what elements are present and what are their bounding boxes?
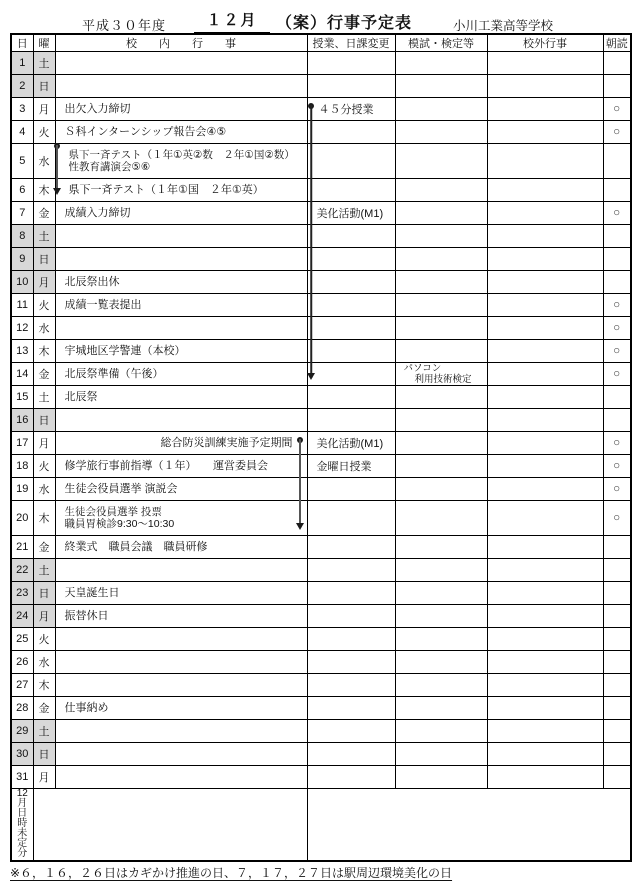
outside-events-cell	[487, 697, 603, 720]
event-text: 出欠入力締切	[65, 103, 307, 116]
events-cell	[55, 52, 307, 75]
weekday-cell: 水	[33, 651, 55, 674]
weekday-cell: 日	[33, 743, 55, 766]
weekday-cell: 金	[33, 536, 55, 559]
morning-reading-cell	[603, 271, 631, 294]
outside-events-cell	[487, 225, 603, 248]
morning-reading-cell	[603, 179, 631, 202]
day-cell: 24	[11, 605, 33, 628]
event-text: 生徒会役員選挙 演説会	[65, 483, 307, 496]
pending-right-cell	[307, 789, 631, 861]
events-cell: 振替休日	[55, 605, 307, 628]
table-row: 14金北辰祭準備（午後）パソコン利用技術検定○	[11, 363, 631, 386]
table-row: 16日	[11, 409, 631, 432]
exams-cell	[395, 75, 487, 98]
day-cell: 12	[11, 317, 33, 340]
event-text: 成績入力締切	[65, 207, 307, 220]
table-row: 6木県下一斉テスト（１年①国 ２年①英）	[11, 179, 631, 202]
header-weekday: 曜	[33, 34, 55, 52]
morning-reading-cell: ○	[603, 340, 631, 363]
disaster-drill-span-arrow	[296, 437, 304, 530]
header-exams: 模試・検定等	[395, 34, 487, 52]
exams-cell	[395, 248, 487, 271]
morning-reading-cell: ○	[603, 317, 631, 340]
class-change-cell: 美化活動(M1)	[307, 432, 395, 455]
exams-cell	[395, 559, 487, 582]
weekday-cell: 水	[33, 478, 55, 501]
exams-cell	[395, 340, 487, 363]
exams-cell: パソコン利用技術検定	[395, 363, 487, 386]
outside-events-cell	[487, 605, 603, 628]
class-change-cell	[307, 501, 395, 536]
events-cell: 北辰祭出休	[55, 271, 307, 294]
table-row: 18火修学旅行事前指導（１年） 運営委員会金曜日授業○	[11, 455, 631, 478]
morning-reading-cell	[603, 409, 631, 432]
morning-reading-cell: ○	[603, 455, 631, 478]
outside-events-cell	[487, 294, 603, 317]
table-row: 22土	[11, 559, 631, 582]
morning-reading-cell	[603, 697, 631, 720]
events-cell	[55, 317, 307, 340]
weekday-cell: 日	[33, 409, 55, 432]
morning-reading-cell: ○	[603, 98, 631, 121]
class-change-cell	[307, 340, 395, 363]
class-change-cell	[307, 743, 395, 766]
arrow-end-head	[53, 188, 61, 195]
day-cell: 23	[11, 582, 33, 605]
events-cell	[55, 559, 307, 582]
event-text: 宇城地区学警連（本校）	[65, 345, 307, 358]
class-change-cell	[307, 605, 395, 628]
morning-reading-cell: ○	[603, 501, 631, 536]
day-cell: 13	[11, 340, 33, 363]
weekday-cell: 火	[33, 455, 55, 478]
outside-events-cell	[487, 340, 603, 363]
outside-events-cell	[487, 455, 603, 478]
class-change-cell	[307, 179, 395, 202]
outside-events-cell	[487, 651, 603, 674]
outside-events-cell	[487, 582, 603, 605]
morning-reading-cell	[603, 720, 631, 743]
weekday-cell: 木	[33, 179, 55, 202]
exams-cell	[395, 674, 487, 697]
table-row: 8土	[11, 225, 631, 248]
table-row: 2日	[11, 75, 631, 98]
month-label: １２月	[194, 9, 270, 35]
events-cell: 成績一覧表提出	[55, 294, 307, 317]
table-row: 15土北辰祭	[11, 386, 631, 409]
exams-cell	[395, 294, 487, 317]
table-row: 12水○	[11, 317, 631, 340]
outside-events-cell	[487, 248, 603, 271]
exams-cell	[395, 501, 487, 536]
morning-reading-cell	[603, 628, 631, 651]
events-cell	[55, 75, 307, 98]
exams-cell	[395, 628, 487, 651]
arrow-stem	[310, 105, 312, 378]
weekday-cell: 月	[33, 432, 55, 455]
class-change-cell	[307, 720, 395, 743]
class-change-cell	[307, 225, 395, 248]
outside-events-cell	[487, 559, 603, 582]
event-text: 天皇誕生日	[65, 587, 307, 600]
table-row: 30日	[11, 743, 631, 766]
fiscal-year-label: 平成３０年度	[82, 15, 166, 34]
day-cell: 20	[11, 501, 33, 536]
event-text: 生徒会役員選挙 投票	[65, 506, 307, 518]
day-cell: 28	[11, 697, 33, 720]
schedule-table: 日 曜 校 内 行 事 授業、日課変更 模試・検定等 校外行事 朝読 1土2日3…	[10, 33, 632, 862]
outside-events-cell	[487, 766, 603, 789]
events-cell	[55, 248, 307, 271]
event-text: 総合防災訓練実施予定期間	[56, 437, 293, 450]
events-cell: 成績入力締切	[55, 202, 307, 225]
table-row: 3月出欠入力締切４５分授業○	[11, 98, 631, 121]
table-row: 23日天皇誕生日	[11, 582, 631, 605]
outside-events-cell	[487, 144, 603, 179]
events-cell: 北辰祭	[55, 386, 307, 409]
day-cell: 31	[11, 766, 33, 789]
event-text: 性教育講演会⑤⑥	[69, 161, 307, 173]
class-change-cell	[307, 317, 395, 340]
pending-events-cell	[33, 789, 307, 861]
class-change-cell	[307, 271, 395, 294]
morning-reading-cell	[603, 536, 631, 559]
event-text: 県下一斉テスト（１年①国 ２年①英）	[69, 184, 307, 197]
table-row: 11火成績一覧表提出○	[11, 294, 631, 317]
morning-reading-cell	[603, 766, 631, 789]
table-row: 19水生徒会役員選挙 演説会○	[11, 478, 631, 501]
day-cell: 8	[11, 225, 33, 248]
arrow-end-head	[307, 373, 315, 380]
day-cell: 5	[11, 144, 33, 179]
weekday-cell: 火	[33, 294, 55, 317]
outside-events-cell	[487, 720, 603, 743]
day-cell: 29	[11, 720, 33, 743]
day-cell: 21	[11, 536, 33, 559]
outside-events-cell	[487, 409, 603, 432]
outside-events-cell	[487, 271, 603, 294]
weekday-cell: 土	[33, 720, 55, 743]
day-cell: 19	[11, 478, 33, 501]
day-cell: 7	[11, 202, 33, 225]
exams-cell	[395, 697, 487, 720]
day-cell: 16	[11, 409, 33, 432]
pending-label-line: 分	[12, 849, 33, 859]
weekday-cell: 水	[33, 144, 55, 179]
weekday-cell: 木	[33, 501, 55, 536]
weekday-cell: 金	[33, 697, 55, 720]
weekday-cell: 日	[33, 248, 55, 271]
morning-reading-cell	[603, 144, 631, 179]
arrow-stem	[299, 439, 301, 528]
exams-cell	[395, 98, 487, 121]
events-cell	[55, 651, 307, 674]
exams-cell	[395, 720, 487, 743]
table-row: 4火Ｓ科インターンシップ報告会④⑤○	[11, 121, 631, 144]
morning-reading-cell: ○	[603, 432, 631, 455]
exams-cell	[395, 202, 487, 225]
outside-events-cell	[487, 75, 603, 98]
footnote: ※６，１６，２６日はカギかけ推進の日、７，１７，２７日は駅周辺環境美化の日	[10, 864, 452, 881]
exams-cell	[395, 743, 487, 766]
arrow-end-head	[296, 523, 304, 530]
exams-cell	[395, 651, 487, 674]
event-text: 北辰祭準備（午後）	[65, 368, 307, 381]
day-cell: 9	[11, 248, 33, 271]
table-row: 1土	[11, 52, 631, 75]
morning-reading-cell: ○	[603, 478, 631, 501]
class-change-cell	[307, 121, 395, 144]
class-change-cell	[307, 478, 395, 501]
events-cell: 修学旅行事前指導（１年） 運営委員会	[55, 455, 307, 478]
outside-events-cell	[487, 98, 603, 121]
exams-cell	[395, 225, 487, 248]
table-row: 7金成績入力締切美化活動(M1)○	[11, 202, 631, 225]
table-row: 17月総合防災訓練実施予定期間美化活動(M1)○	[11, 432, 631, 455]
table-row: 20木生徒会役員選挙 投票職員胃検診9:30～10:30○	[11, 501, 631, 536]
day-cell: 22	[11, 559, 33, 582]
exams-cell	[395, 52, 487, 75]
class-change-cell	[307, 559, 395, 582]
events-cell: 生徒会役員選挙 演説会	[55, 478, 307, 501]
day-cell: 11	[11, 294, 33, 317]
event-text: 北辰祭	[65, 391, 307, 404]
exams-cell	[395, 271, 487, 294]
outside-events-cell	[487, 536, 603, 559]
event-text: 終業式 職員会議 職員研修	[65, 541, 307, 554]
event-text: 県下一斉テスト（１年①英②数 ２年①国②数）	[69, 149, 307, 161]
events-cell	[55, 720, 307, 743]
morning-reading-cell: ○	[603, 202, 631, 225]
day-cell: 4	[11, 121, 33, 144]
weekday-cell: 金	[33, 202, 55, 225]
table-row: 21金終業式 職員会議 職員研修	[11, 536, 631, 559]
events-cell: Ｓ科インターンシップ報告会④⑤	[55, 121, 307, 144]
exams-cell	[395, 582, 487, 605]
exams-cell	[395, 766, 487, 789]
class-change-cell	[307, 628, 395, 651]
weekday-cell: 水	[33, 317, 55, 340]
outside-events-cell	[487, 478, 603, 501]
page-title: （案）行事予定表	[276, 10, 412, 33]
45min-class-span-arrow	[307, 103, 315, 380]
morning-reading-cell	[603, 75, 631, 98]
header-morning-reading: 朝読	[603, 34, 631, 52]
day-cell: 25	[11, 628, 33, 651]
events-cell	[55, 409, 307, 432]
class-change-cell	[307, 536, 395, 559]
weekday-cell: 火	[33, 628, 55, 651]
exams-cell	[395, 605, 487, 628]
class-change-cell: 金曜日授業	[307, 455, 395, 478]
events-cell: 天皇誕生日	[55, 582, 307, 605]
table-row: 13木宇城地区学警連（本校）○	[11, 340, 631, 363]
outside-events-cell	[487, 501, 603, 536]
events-cell: 宇城地区学警連（本校）	[55, 340, 307, 363]
class-change-cell: 美化活動(M1)	[307, 202, 395, 225]
class-change-cell	[307, 651, 395, 674]
school-name: 小川工業高等学校	[453, 16, 553, 34]
class-change-cell	[307, 674, 395, 697]
events-cell: 仕事納め	[55, 697, 307, 720]
morning-reading-cell	[603, 674, 631, 697]
exams-cell	[395, 121, 487, 144]
table-row: 26水	[11, 651, 631, 674]
event-text: 修学旅行事前指導（１年） 運営委員会	[65, 460, 307, 473]
events-cell: 総合防災訓練実施予定期間	[55, 432, 307, 455]
exams-cell	[395, 409, 487, 432]
events-cell: 出欠入力締切	[55, 98, 307, 121]
outside-events-cell	[487, 121, 603, 144]
table-row: 31月	[11, 766, 631, 789]
outside-events-cell	[487, 743, 603, 766]
events-cell: 県下一斉テスト（１年①英②数 ２年①国②数）性教育講演会⑤⑥	[55, 144, 307, 179]
schedule-table-container: 日 曜 校 内 行 事 授業、日課変更 模試・検定等 校外行事 朝読 1土2日3…	[10, 33, 632, 862]
table-row: 5水県下一斉テスト（１年①英②数 ２年①国②数）性教育講演会⑤⑥	[11, 144, 631, 179]
weekday-cell: 月	[33, 605, 55, 628]
event-text: Ｓ科インターンシップ報告会④⑤	[65, 126, 307, 139]
event-text: 仕事納め	[65, 702, 307, 715]
day-cell: 17	[11, 432, 33, 455]
weekday-cell: 土	[33, 386, 55, 409]
morning-reading-cell	[603, 248, 631, 271]
table-row: 29土	[11, 720, 631, 743]
table-row: 9日	[11, 248, 631, 271]
morning-reading-cell	[603, 743, 631, 766]
event-text: 職員胃検診9:30～10:30	[65, 518, 307, 530]
morning-reading-cell	[603, 52, 631, 75]
event-text: 北辰祭出休	[65, 276, 307, 289]
outside-events-cell	[487, 674, 603, 697]
events-cell	[55, 743, 307, 766]
prefecture-test-span-arrow	[53, 143, 61, 195]
events-cell	[55, 225, 307, 248]
class-change-cell	[307, 409, 395, 432]
class-change-cell	[307, 75, 395, 98]
class-change-cell: ４５分授業	[307, 98, 395, 121]
weekday-cell: 金	[33, 363, 55, 386]
exams-cell	[395, 317, 487, 340]
morning-reading-cell	[603, 559, 631, 582]
exams-cell	[395, 536, 487, 559]
header-row: 日 曜 校 内 行 事 授業、日課変更 模試・検定等 校外行事 朝読	[11, 34, 631, 52]
outside-events-cell	[487, 363, 603, 386]
outside-events-cell	[487, 317, 603, 340]
events-cell	[55, 766, 307, 789]
pending-row: 12月日時未定分	[11, 789, 631, 861]
exam-text: 利用技術検定	[404, 374, 487, 385]
weekday-cell: 月	[33, 766, 55, 789]
table-row: 28金仕事納め	[11, 697, 631, 720]
class-change-cell	[307, 697, 395, 720]
events-cell: 終業式 職員会議 職員研修	[55, 536, 307, 559]
events-cell	[55, 674, 307, 697]
outside-events-cell	[487, 432, 603, 455]
events-cell	[55, 628, 307, 651]
exams-cell	[395, 455, 487, 478]
day-cell: 15	[11, 386, 33, 409]
morning-reading-cell	[603, 605, 631, 628]
header-class-changes: 授業、日課変更	[307, 34, 395, 52]
day-cell: 30	[11, 743, 33, 766]
morning-reading-cell	[603, 582, 631, 605]
table-row: 24月振替休日	[11, 605, 631, 628]
day-cell: 6	[11, 179, 33, 202]
morning-reading-cell	[603, 386, 631, 409]
exams-cell	[395, 179, 487, 202]
events-cell: 生徒会役員選挙 投票職員胃検診9:30～10:30	[55, 501, 307, 536]
morning-reading-cell: ○	[603, 363, 631, 386]
day-cell: 3	[11, 98, 33, 121]
outside-events-cell	[487, 179, 603, 202]
morning-reading-cell: ○	[603, 294, 631, 317]
weekday-cell: 土	[33, 52, 55, 75]
event-text: 振替休日	[65, 610, 307, 623]
class-change-cell	[307, 144, 395, 179]
outside-events-cell	[487, 386, 603, 409]
header-outside-events: 校外行事	[487, 34, 603, 52]
morning-reading-cell	[603, 225, 631, 248]
class-change-cell	[307, 294, 395, 317]
day-cell: 26	[11, 651, 33, 674]
events-cell: 県下一斉テスト（１年①国 ２年①英）	[55, 179, 307, 202]
pending-label-cell: 12月日時未定分	[11, 789, 33, 861]
outside-events-cell	[487, 202, 603, 225]
class-change-cell	[307, 766, 395, 789]
exams-cell	[395, 432, 487, 455]
class-change-cell	[307, 363, 395, 386]
exams-cell	[395, 478, 487, 501]
weekday-cell: 月	[33, 98, 55, 121]
table-row: 27木	[11, 674, 631, 697]
header-school-events: 校 内 行 事	[55, 34, 307, 52]
weekday-cell: 日	[33, 582, 55, 605]
arrow-stem	[56, 145, 58, 193]
weekday-cell: 日	[33, 75, 55, 98]
morning-reading-cell	[603, 651, 631, 674]
day-cell: 27	[11, 674, 33, 697]
class-change-cell	[307, 52, 395, 75]
day-cell: 14	[11, 363, 33, 386]
exams-cell	[395, 386, 487, 409]
events-cell: 北辰祭準備（午後）	[55, 363, 307, 386]
day-cell: 18	[11, 455, 33, 478]
exam-text: パソコン	[404, 363, 487, 374]
morning-reading-cell: ○	[603, 121, 631, 144]
table-row: 10月北辰祭出休	[11, 271, 631, 294]
class-change-cell	[307, 582, 395, 605]
weekday-cell: 木	[33, 340, 55, 363]
class-change-cell	[307, 248, 395, 271]
class-change-cell	[307, 386, 395, 409]
outside-events-cell	[487, 52, 603, 75]
day-cell: 2	[11, 75, 33, 98]
outside-events-cell	[487, 628, 603, 651]
weekday-cell: 木	[33, 674, 55, 697]
table-row: 25火	[11, 628, 631, 651]
event-text: 成績一覧表提出	[65, 299, 307, 312]
weekday-cell: 土	[33, 559, 55, 582]
weekday-cell: 月	[33, 271, 55, 294]
day-cell: 10	[11, 271, 33, 294]
header-day: 日	[11, 34, 33, 52]
weekday-cell: 土	[33, 225, 55, 248]
day-cell: 1	[11, 52, 33, 75]
exams-cell	[395, 144, 487, 179]
weekday-cell: 火	[33, 121, 55, 144]
